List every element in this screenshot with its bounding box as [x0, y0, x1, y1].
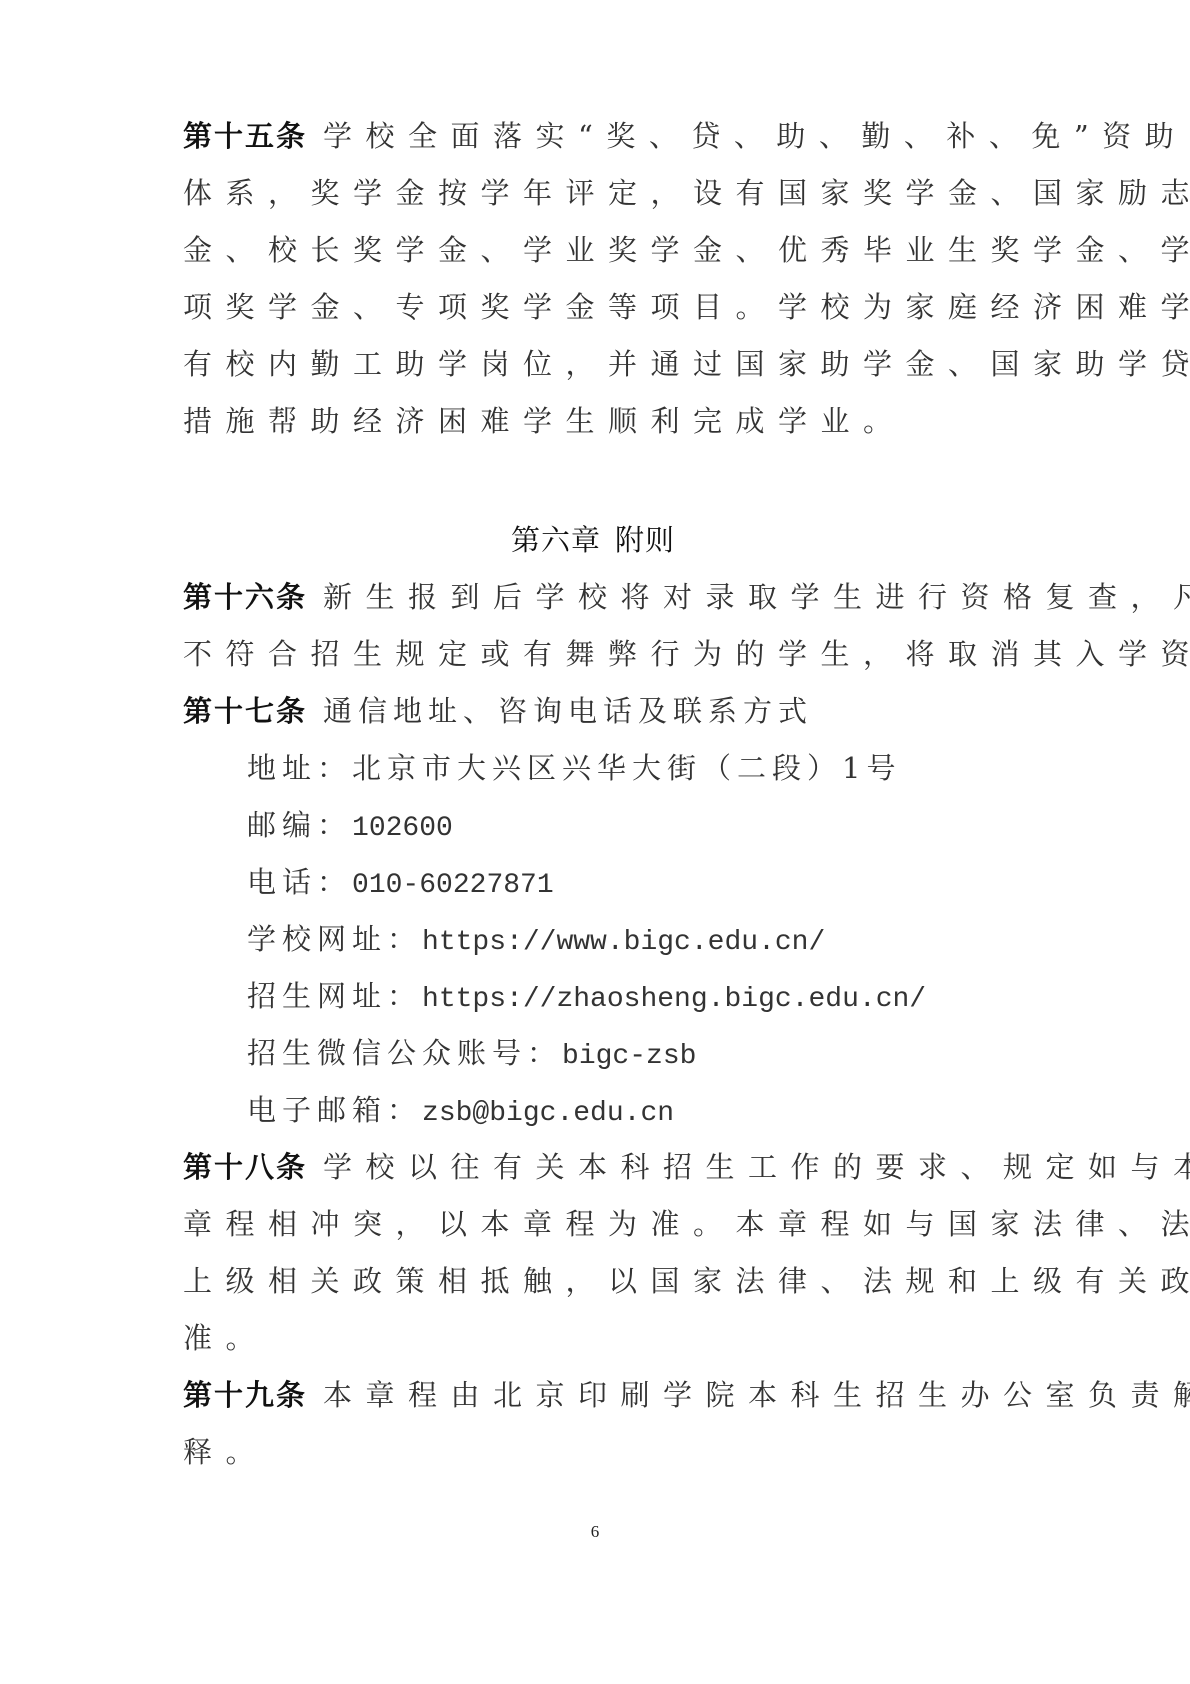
article-text: 学校以往有关本科招生工作的要求、规定如与本 [323, 1150, 1190, 1184]
article-text: 学校全面落实“奖、贷、助、勤、补、免”资助 [323, 119, 1187, 153]
article-16-line-1: 第十六条新生报到后学校将对录取学生进行资格复查，凡 [183, 569, 1013, 626]
contact-key: 招生网址： [247, 979, 422, 1013]
article-text: 新生报到后学校将对录取学生进行资格复查，凡 [323, 580, 1190, 614]
contact-value: 102600 [352, 813, 453, 844]
article-label: 第十八条 [183, 1150, 307, 1184]
contact-key: 邮编： [247, 808, 352, 842]
article-18: 第十八条学校以往有关本科招生工作的要求、规定如与本 章程相冲突，以本章程为准。本… [183, 1139, 1013, 1367]
contact-email: 电子邮箱：zsb@bigc.edu.cn [183, 1082, 1013, 1139]
section-spacer [183, 450, 1013, 512]
article-19-line-2: 释。 [183, 1424, 1013, 1481]
contact-school-website: 学校网址：https://www.bigc.edu.cn/ [183, 911, 1013, 968]
contact-key: 学校网址： [247, 922, 422, 956]
article-18-line-3: 上级相关政策相抵触，以国家法律、法规和上级有关政策为 [183, 1253, 1013, 1310]
chapter-heading: 第六章附则 [173, 512, 1013, 569]
article-text: 本章程由北京印刷学院本科生招生办公室负责解 [323, 1378, 1190, 1412]
contact-key: 电子邮箱： [247, 1093, 422, 1127]
article-15-line-3: 金、校长奖学金、学业奖学金、优秀毕业生奖学金、学校单 [183, 222, 1013, 279]
contact-address: 地址：北京市大兴区兴华大街（二段）1号 [183, 740, 1013, 797]
article-label: 第十九条 [183, 1378, 307, 1412]
contact-phone: 电话：010-60227871 [183, 854, 1013, 911]
article-label: 第十六条 [183, 580, 307, 614]
article-18-line-2: 章程相冲突，以本章程为准。本章程如与国家法律、法规和 [183, 1196, 1013, 1253]
chapter-number: 第六章 [511, 523, 601, 557]
article-19: 第十九条本章程由北京印刷学院本科生招生办公室负责解 释。 [183, 1367, 1013, 1481]
article-18-line-1: 第十八条学校以往有关本科招生工作的要求、规定如与本 [183, 1139, 1013, 1196]
contact-value: 北京市大兴区兴华大街（二段）1号 [352, 751, 901, 785]
contact-key: 电话： [247, 865, 352, 899]
contact-value: bigc-zsb [562, 1041, 696, 1072]
contact-key: 地址： [247, 751, 352, 785]
article-15-line-2: 体系，奖学金按学年评定，设有国家奖学金、国家励志奖学 [183, 165, 1013, 222]
article-15-line-1: 第十五条学校全面落实“奖、贷、助、勤、补、免”资助 [183, 108, 1013, 165]
contact-admissions-website: 招生网址：https://zhaosheng.bigc.edu.cn/ [183, 968, 1013, 1025]
email-link[interactable]: zsb@bigc.edu.cn [422, 1098, 674, 1129]
contact-value: 010-60227871 [352, 870, 554, 901]
document-page: 第十五条学校全面落实“奖、贷、助、勤、补、免”资助 体系，奖学金按学年评定，设有… [0, 0, 1190, 1684]
admissions-website-link[interactable]: https://zhaosheng.bigc.edu.cn/ [422, 984, 926, 1015]
article-17: 第十七条通信地址、咨询电话及联系方式 地址：北京市大兴区兴华大街（二段）1号 邮… [183, 683, 1013, 1139]
article-18-line-4: 准。 [183, 1310, 1013, 1367]
article-label: 第十七条 [183, 694, 307, 728]
page-number: 6 [0, 1522, 1190, 1542]
article-16: 第十六条新生报到后学校将对录取学生进行资格复查，凡 不符合招生规定或有舞弊行为的… [183, 569, 1013, 683]
article-text: 通信地址、咨询电话及联系方式 [323, 694, 813, 728]
article-19-line-1: 第十九条本章程由北京印刷学院本科生招生办公室负责解 [183, 1367, 1013, 1424]
article-15: 第十五条学校全面落实“奖、贷、助、勤、补、免”资助 体系，奖学金按学年评定，设有… [183, 108, 1013, 450]
contact-key: 招生微信公众账号： [247, 1036, 562, 1070]
chapter-title: 附则 [615, 523, 675, 557]
contact-wechat: 招生微信公众账号：bigc-zsb [183, 1025, 1013, 1082]
article-15-line-4: 项奖学金、专项奖学金等项目。学校为家庭经济困难学生设 [183, 279, 1013, 336]
article-15-line-5: 有校内勤工助学岗位，并通过国家助学金、国家助学贷款等 [183, 336, 1013, 393]
article-17-line-1: 第十七条通信地址、咨询电话及联系方式 [183, 683, 1013, 740]
school-website-link[interactable]: https://www.bigc.edu.cn/ [422, 927, 825, 958]
contact-postcode: 邮编：102600 [183, 797, 1013, 854]
article-16-line-2: 不符合招生规定或有舞弊行为的学生，将取消其入学资格。 [183, 626, 1013, 683]
page-content: 第十五条学校全面落实“奖、贷、助、勤、补、免”资助 体系，奖学金按学年评定，设有… [183, 108, 1013, 1481]
article-label: 第十五条 [183, 119, 307, 153]
article-15-line-6: 措施帮助经济困难学生顺利完成学业。 [183, 393, 1013, 450]
